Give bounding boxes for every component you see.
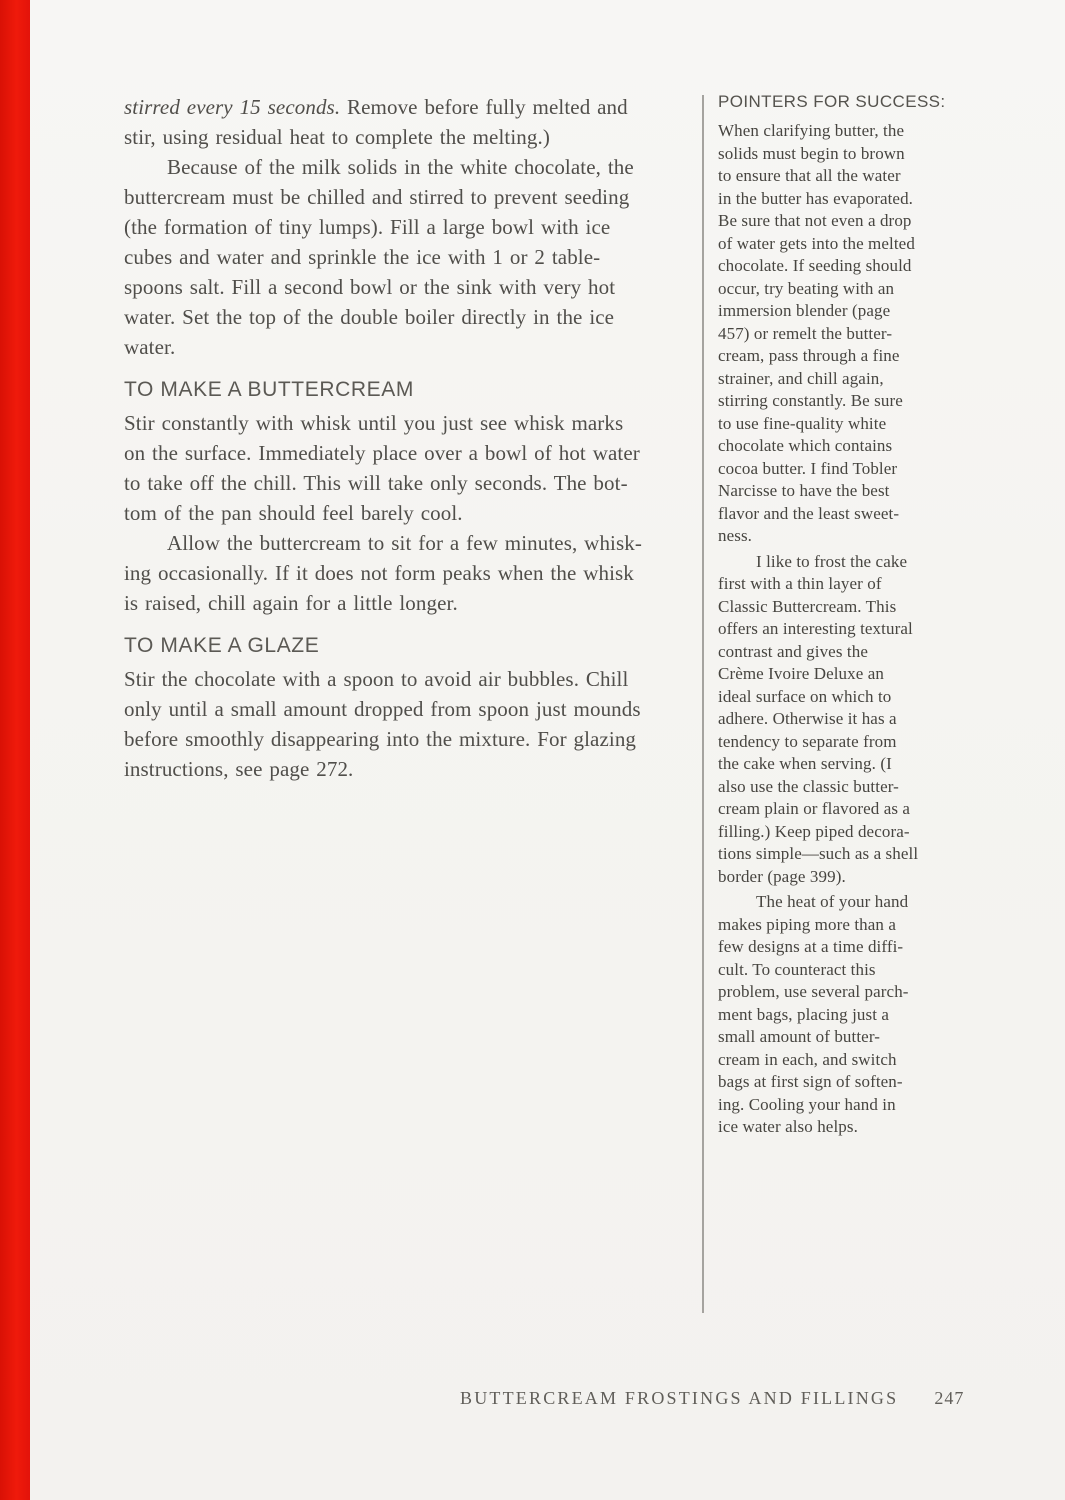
binding-edge-strip (0, 0, 30, 1500)
pointers-sidebar: POINTERS FOR SUCCESS: When clarifying bu… (718, 92, 970, 1139)
chilling-paragraph: Because of the milk solids in the white … (124, 152, 696, 362)
glaze-paragraph-1: Stir the chocolate with a spoon to avoid… (124, 664, 696, 784)
sidebar-paragraph-2: I like to frost the cake first with a th… (718, 551, 970, 889)
sidebar-heading: POINTERS FOR SUCCESS: (718, 92, 970, 112)
page-footer: BUTTERCREAM FROSTINGS AND FILLINGS247 (460, 1388, 964, 1409)
glaze-section-heading: TO MAKE A GLAZE (124, 634, 696, 658)
buttercream-paragraph-1: Stir constantly with whisk until you jus… (124, 408, 696, 528)
intro-paragraph: stirred every 15 seconds. Remove before … (124, 92, 696, 152)
running-title: BUTTERCREAM FROSTINGS AND FILLINGS (460, 1388, 898, 1408)
buttercream-paragraph-2: Allow the buttercream to sit for a few m… (124, 528, 696, 618)
column-divider-rule (702, 95, 704, 1313)
sidebar-paragraph-1: When clarifying butter, the solids must … (718, 120, 970, 548)
sidebar-paragraph-3: The heat of your hand makes piping more … (718, 891, 970, 1139)
buttercream-section-heading: TO MAKE A BUTTERCREAM (124, 378, 696, 402)
main-text-column: stirred every 15 seconds. Remove before … (124, 92, 696, 784)
page-number: 247 (934, 1388, 964, 1408)
intro-italic-lead: stirred every 15 seconds. (124, 95, 340, 119)
